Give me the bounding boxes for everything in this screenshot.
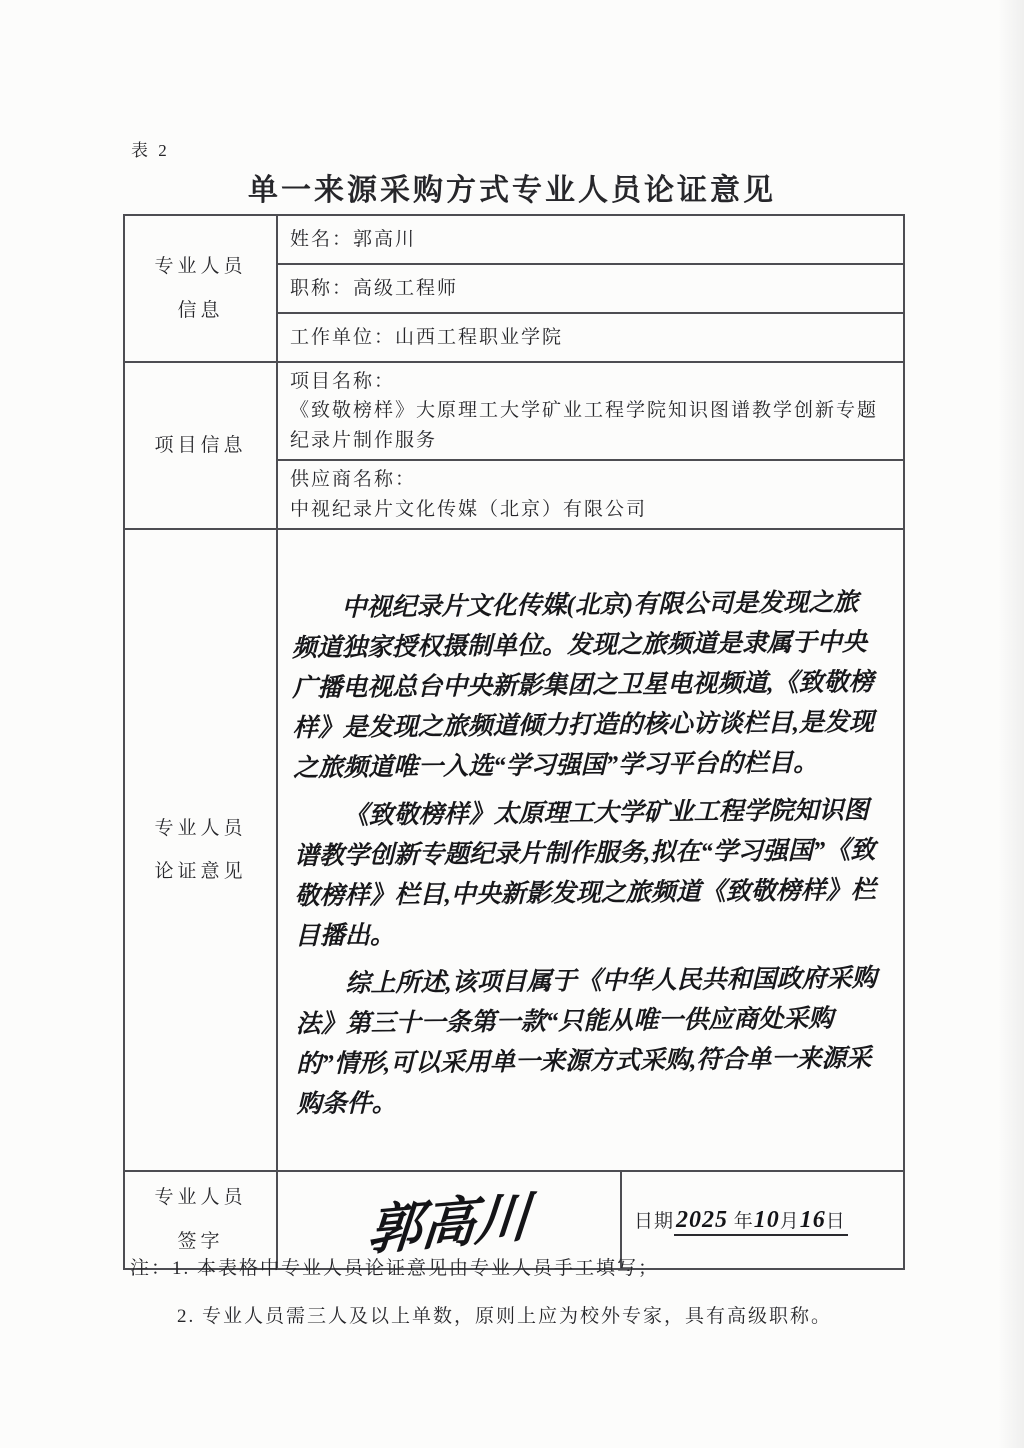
job-title-cell: 职称：高级工程师 xyxy=(277,264,904,313)
date-year-suffix: 年 xyxy=(734,1211,754,1232)
date-day-suffix: 日 xyxy=(826,1211,846,1232)
date-year-handwritten: 2025 xyxy=(676,1207,728,1233)
job-title-value: 高级工程师 xyxy=(353,278,458,299)
scan-edge-shadow xyxy=(998,0,1024,1448)
section-label-opinion: 专业人员 论证意见 xyxy=(124,529,277,1171)
opinion-paragraph: 《致敬榜样》太原理工大学矿业工程学院知识图谱教学创新专题纪录片制作服务,拟在“学… xyxy=(293,791,884,957)
form-tag: 表 2 xyxy=(131,136,170,161)
project-name-label: 项目名称： xyxy=(290,367,891,396)
handwritten-opinion-text: 中视纪录片文化传媒(北京)有限公司是发现之旅频道独家授权摄制单位。发现之旅频道是… xyxy=(287,567,894,1125)
scanned-form-page: 表 2 单一来源采购方式专业人员论证意见 专业人员 信息 姓名：郭高川 职称：高… xyxy=(0,0,1024,1448)
section-label-project-info: 项目信息 xyxy=(124,362,277,529)
project-name-value: 《致敬榜样》大原理工大学矿业工程学院知识图谱教学创新专题纪录片制作服务 xyxy=(290,396,891,455)
page-title: 单一来源采购方式专业人员论证意见 xyxy=(0,165,1024,209)
supplier-value: 中视纪录片文化传媒（北京）有限公司 xyxy=(290,495,891,524)
work-unit-label: 工作单位： xyxy=(290,327,395,348)
table-row: 专业人员 论证意见 中视纪录片文化传媒(北京)有限公司是发现之旅频道独家授权摄制… xyxy=(124,529,904,1171)
supplier-label: 供应商名称： xyxy=(290,465,891,494)
note-line-1: 注：1. 本表格中专业人员论证意见由专业人员手工填写； xyxy=(130,1254,910,1284)
date-filled-value: 2025 年10月16日 xyxy=(674,1211,848,1236)
opinion-cell: 中视纪录片文化传媒(北京)有限公司是发现之旅频道独家授权摄制单位。发现之旅频道是… xyxy=(277,529,904,1171)
verification-form-table: 专业人员 信息 姓名：郭高川 职称：高级工程师 工作单位：山西工程职业学院 项目… xyxy=(123,214,905,1270)
table-row: 项目信息 项目名称： 《致敬榜样》大原理工大学矿业工程学院知识图谱教学创新专题纪… xyxy=(124,362,904,460)
opinion-paragraph: 综上所述,该项目属于《中华人民共和国政府采购法》第三十一条第一款“只能从唯一供应… xyxy=(295,959,886,1125)
section-label-personnel-info: 专业人员 信息 xyxy=(124,215,277,362)
project-name-cell: 项目名称： 《致敬榜样》大原理工大学矿业工程学院知识图谱教学创新专题纪录片制作服… xyxy=(277,362,904,460)
opinion-paragraph: 中视纪录片文化传媒(北京)有限公司是发现之旅频道独家授权摄制单位。发现之旅频道是… xyxy=(291,583,882,789)
date-month-handwritten: 10 xyxy=(754,1207,780,1233)
job-title-label: 职称： xyxy=(290,278,353,299)
work-unit-value: 山西工程职业学院 xyxy=(395,327,563,348)
date-day-handwritten: 16 xyxy=(800,1207,826,1233)
supplier-cell: 供应商名称： 中视纪录片文化传媒（北京）有限公司 xyxy=(277,460,904,529)
work-unit-cell: 工作单位：山西工程职业学院 xyxy=(277,313,904,362)
table-row: 专业人员 信息 姓名：郭高川 xyxy=(124,215,904,264)
handwritten-signature: 郭高川 xyxy=(365,1174,533,1266)
name-cell: 姓名：郭高川 xyxy=(277,215,904,264)
name-value: 郭高川 xyxy=(353,229,416,250)
name-label: 姓名： xyxy=(290,229,353,250)
date-label: 日期 xyxy=(634,1211,674,1232)
note-line-2: 2. 专业人员需三人及以上单数，原则上应为校外专家，具有高级职称。 xyxy=(130,1302,910,1332)
footer-notes: 注：1. 本表格中专业人员论证意见由专业人员手工填写； 2. 专业人员需三人及以… xyxy=(130,1254,910,1333)
date-month-suffix: 月 xyxy=(780,1211,800,1232)
